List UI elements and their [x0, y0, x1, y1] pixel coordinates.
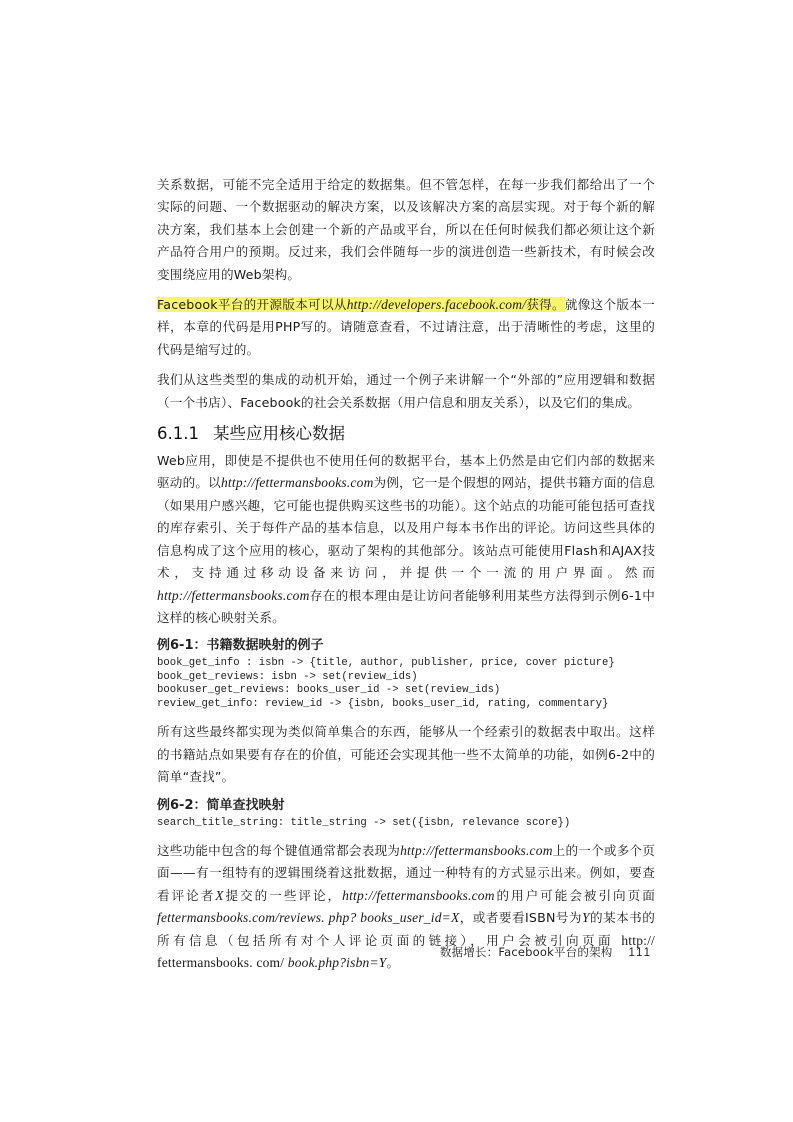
page-footer: 数据增长：Facebook平台的架构111 [440, 944, 652, 960]
paragraph-open-source-note: Facebook平台的开源版本可以从http://developers.face… [157, 294, 655, 361]
running-title: 数据增长：Facebook平台的架构 [440, 945, 613, 959]
section-number: 6.1.1 [157, 422, 199, 446]
example-6-2-title: 例6-2：简单查找映射 [157, 797, 655, 815]
paragraph-web-apps: Web应用，即使是不提供也不使用任何的数据平台，基本上仍然是由它们内部的数据来驱… [157, 450, 655, 629]
text-segment: 。 [387, 955, 400, 970]
developers-facebook-link[interactable]: http://developers.facebook.com/ [347, 297, 526, 312]
text-segment: 提交的一些评论， [224, 888, 342, 903]
fettermansbooks-link[interactable]: http://fettermansbooks.com [400, 843, 553, 858]
fettermansbooks-link[interactable]: http://fettermansbooks.com [342, 888, 495, 903]
example-6-2-code: search_title_string: title_string -> set… [157, 817, 655, 831]
example-title-text: 书籍数据映射的例子 [207, 638, 324, 653]
paragraph-intro: 关系数据，可能不完全适用于给定的数据集。但不管怎样，在每一步我们都给出了一个实际… [157, 174, 655, 286]
highlight-post: 获得。 [526, 297, 565, 312]
example-title-text: 简单查找映射 [207, 798, 285, 813]
fettermansbooks-link[interactable]: http://fettermansbooks.com [157, 588, 310, 603]
text-segment: 的用户可能会被引向页面 [495, 888, 655, 903]
highlighted-text: Facebook平台的开源版本可以从http://developers.face… [157, 297, 565, 312]
section-title: 某些应用核心数据 [213, 424, 345, 443]
text-segment: ，或者要看ISBN号为 [459, 910, 582, 925]
example-label: 例6-1： [157, 638, 207, 653]
example-6-1-code: book_get_info : isbn -> {title, author, … [157, 657, 655, 711]
example-6-1-title: 例6-1：书籍数据映射的例子 [157, 637, 655, 655]
highlight-pre: Facebook平台的开源版本可以从 [157, 297, 347, 312]
variable-x: X [215, 888, 223, 903]
example-label: 例6-2： [157, 798, 207, 813]
page-number: 111 [629, 947, 652, 959]
section-heading: 6.1.1某些应用核心数据 [157, 422, 655, 446]
book-page-link-path[interactable]: book.php?isbn=Y [288, 955, 387, 970]
document-page: 关系数据，可能不完全适用于给定的数据集。但不管怎样，在每一步我们都给出了一个实际… [157, 174, 655, 982]
fettermansbooks-link[interactable]: http://fettermansbooks.com [221, 475, 374, 490]
paragraph-motivation: 我们从这些类型的集成的动机开始，通过一个例子来讲解一个“外部的”应用逻辑和数据（… [157, 369, 655, 414]
reviews-page-link[interactable]: fettermansbooks.com/reviews. php? books_… [157, 910, 459, 925]
text-segment: 这些功能中包含的每个键值通常都会表现为 [157, 843, 400, 858]
text-segment: 为例，它一是个假想的网站，提供书籍方面的信息（如果用户感兴趣，它可能也提供购买这… [157, 475, 655, 580]
paragraph-simple-sets: 所有这些最终都实现为类似简单集合的东西，能够从一个经索引的数据表中取出。这样的书… [157, 721, 655, 788]
variable-y: Y [582, 910, 590, 925]
